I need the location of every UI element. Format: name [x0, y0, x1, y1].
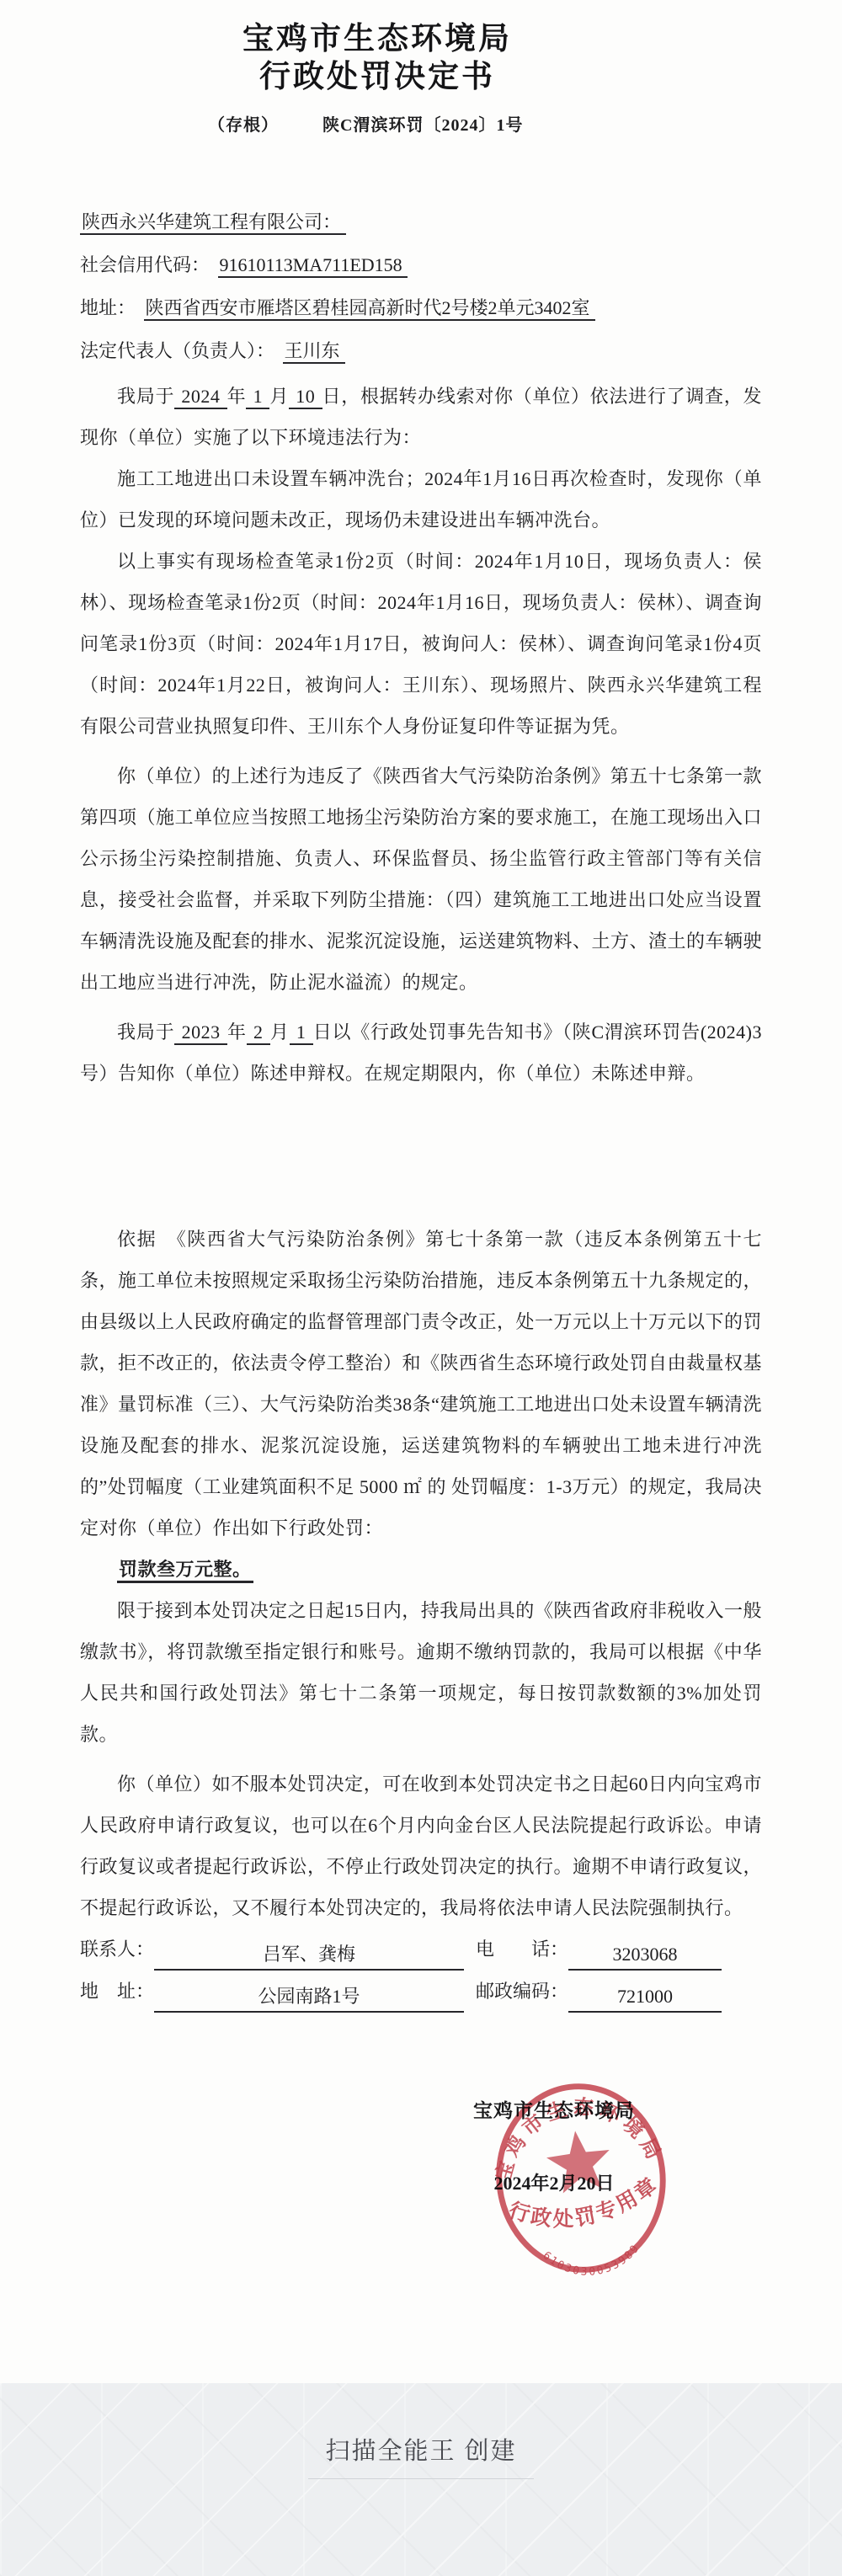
paragraph-appeal-rights: 你（单位）如不服本处罚决定，可在收到本处罚决定书之日起60日内向宝鸡市人民政府申… [80, 1763, 762, 1928]
phone-value: 3203068 [568, 1940, 722, 1971]
legal-rep-value: 王川东 [283, 340, 345, 364]
postcode-label: 邮政编码： [476, 1971, 568, 2013]
watermark-divider [308, 2478, 534, 2479]
contact-label: 联系人： [80, 1928, 154, 1971]
document-page: 宝鸡市生态环境局 行政处罚决定书 （存根） 陕C渭滨环罚〔2024〕1号 陕西永… [0, 0, 842, 2383]
seal-star-icon [544, 2127, 614, 2195]
phone-label: 电 话： [476, 1928, 568, 1971]
official-seal: 宝鸡市生态环境局 行政处罚专用章 6103030053989 [482, 2070, 680, 2287]
office-address-label: 地 址： [80, 1971, 154, 2013]
credit-code-value: 91610113MA711ED158 [218, 254, 408, 278]
doc-number: 陕C渭滨环罚〔2024〕1号 [322, 111, 523, 136]
recipient-line: 陕西永兴华建筑工程有限公司： [80, 210, 762, 235]
contact-row-1: 联系人： 吕军、龚梅 电 话： 3203068 [80, 1928, 762, 1971]
legal-rep-label: 法定代表人（负责人）： [80, 340, 278, 361]
signature-seal-area: 宝鸡市生态环境局 2024年2月20日 宝鸡市生态环境局 行政处罚专用章 610… [0, 2080, 842, 2284]
paragraph-legal-basis: 依据 《陕西省大气污染防治条例》第七十条第一款（违反本条例第五十七条，施工单位未… [80, 1219, 762, 1549]
address-value: 陕西省西安市雁塔区碧桂园高新时代2号楼2单元3402室 [144, 297, 595, 321]
watermark-text: 扫描全能王 创建 [325, 2432, 516, 2467]
recipient-name: 陕西永兴华建筑工程有限公司： [80, 211, 346, 235]
doc-title-line1: 宝鸡市生态环境局 [116, 20, 638, 58]
stub-label: （存根） [208, 111, 279, 136]
contact-value: 吕军、龚梅 [154, 1940, 464, 1971]
paragraph-evidence: 以上事实有现场检查笔录1份2页（时间：2024年1月10日，现场负责人：侯林）、… [80, 541, 762, 747]
paragraph-violation-facts: 施工工地进出口未设置车辆冲洗台；2024年1月16日再次检查时，发现你（单位）已… [80, 458, 762, 541]
doc-title: 宝鸡市生态环境局 行政处罚决定书 [116, 0, 638, 96]
seal-purpose-text: 行政处罚专用章 [502, 2170, 666, 2239]
paragraph-penalty-amount: 罚款叁万元整。 [80, 1549, 762, 1590]
field-credit-code: 社会信用代码： 91610113MA711ED158 [80, 253, 762, 278]
paragraph-investigation: 我局于 2024 年 1 月 10 日，根据转办线索对你（单位）依法进行了调查，… [80, 376, 762, 458]
office-address-value: 公园南路1号 [154, 1982, 464, 2013]
address-label: 地址： [80, 297, 139, 318]
paragraph-prior-notice: 我局于 2023 年 2 月 1 日以《行政处罚事先告知书》（陕C渭滨环罚告(2… [80, 1011, 762, 1094]
field-address: 地址： 陕西省西安市雁塔区碧桂园高新时代2号楼2单元3402室 [80, 296, 762, 321]
field-legal-rep: 法定代表人（负责人）： 王川东 [80, 339, 762, 364]
paragraph-payment-terms: 限于接到本处罚决定之日起15日内，持我局出具的《陕西省政府非税收入一般缴款书》，… [80, 1590, 762, 1755]
postcode-value: 721000 [568, 1982, 722, 2013]
scanner-watermark-band: 扫描全能王 创建 [0, 2383, 842, 2576]
doc-meta-row: （存根） 陕C渭滨环罚〔2024〕1号 [0, 111, 842, 136]
contact-row-2: 地 址： 公园南路1号 邮政编码： 721000 [80, 1971, 762, 2013]
doc-title-line2: 行政处罚决定书 [116, 58, 638, 96]
credit-code-label: 社会信用代码： [80, 254, 213, 275]
paragraph-law-violated: 你（单位）的上述行为违反了《陕西省大气污染防治条例》第五十七条第一款第四项（施工… [80, 755, 762, 1003]
seal-serial-number: 6103030053989 [539, 2238, 645, 2285]
